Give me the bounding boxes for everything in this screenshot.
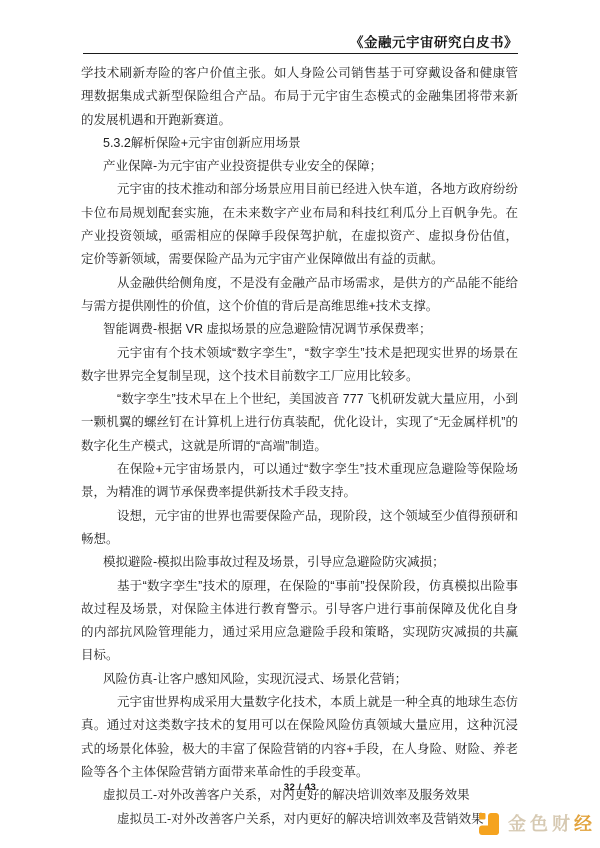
paragraph: 在保险+元宇宙场景内，可以通过“数字孪生”技术重现应急避险等保险场景，为精准的调… — [81, 458, 518, 505]
subheading: 模拟避险-模拟出险事故过程及场景，引导应急避险防灾减损； — [81, 551, 518, 574]
page-number: 32 / 43 — [0, 782, 600, 793]
paragraph: 学技术刷新寿险的客户价值主张。如人身险公司销售基于可穿戴设备和健康管理数据集成式… — [81, 62, 518, 132]
paragraph: 虚拟员工-对外改善客户关系，对内更好的解决培训效率及营销效果 — [81, 808, 518, 831]
jinse-logo-text: 金色财经 — [508, 813, 596, 835]
paragraph: 元宇宙世界构成采用大量数字化技术，本质上就是一种全真的地球生态仿真。通过对这类数… — [81, 691, 518, 784]
jinse-logo: 金色财经 — [479, 813, 596, 835]
page-header-title: 《金融元宇宙研究白皮书》 — [83, 31, 518, 51]
paragraph: 元宇宙有个技术领域“数字孪生”，“数字孪生”技术是把现实世界的场景在数字世界完全… — [81, 342, 518, 389]
subheading: 产业保障-为元宇宙产业投资提供专业安全的保障； — [81, 155, 518, 178]
subheading: 智能调费-根据 VR 虚拟场景的应急避险情况调节承保费率； — [81, 318, 518, 341]
paragraph: 从金融供给侧角度，不是没有金融产品市场需求，是供方的产品能不能给与需方提供刚性的… — [81, 272, 518, 319]
jinse-j-icon — [479, 813, 499, 835]
document-page: 《金融元宇宙研究白皮书》 学技术刷新寿险的客户价值主张。如人身险公司销售基于可穿… — [0, 0, 600, 848]
subheading: 风险仿真-让客户感知风险，实现沉浸式、场景化营销； — [81, 668, 518, 691]
header-rule — [83, 53, 518, 54]
paragraph: “数字孪生”技术早在上个世纪，美国波音 777 飞机研发就大量应用，小到一颗机翼… — [81, 388, 518, 458]
content-area: 学技术刷新寿险的客户价值主张。如人身险公司销售基于可穿戴设备和健康管理数据集成式… — [81, 62, 518, 831]
paragraph: 设想，元宇宙的世界也需要保险产品，现阶段，这个领域至少值得预研和畅想。 — [81, 505, 518, 552]
section-heading: 5.3.2解析保险+元宇宙创新应用场景 — [81, 132, 518, 155]
jinse-logo-text-accent: 经 — [574, 814, 596, 834]
paragraph: 元宇宙的技术推动和部分场景应用目前已经进入快车道，各地方政府纷纷卡位布局规划配套… — [81, 178, 518, 271]
jinse-logo-text-main: 金色财 — [508, 814, 574, 834]
paragraph: 基于“数字孪生”技术的原理，在保险的“事前”投保阶段，仿真模拟出险事故过程及场景… — [81, 575, 518, 668]
